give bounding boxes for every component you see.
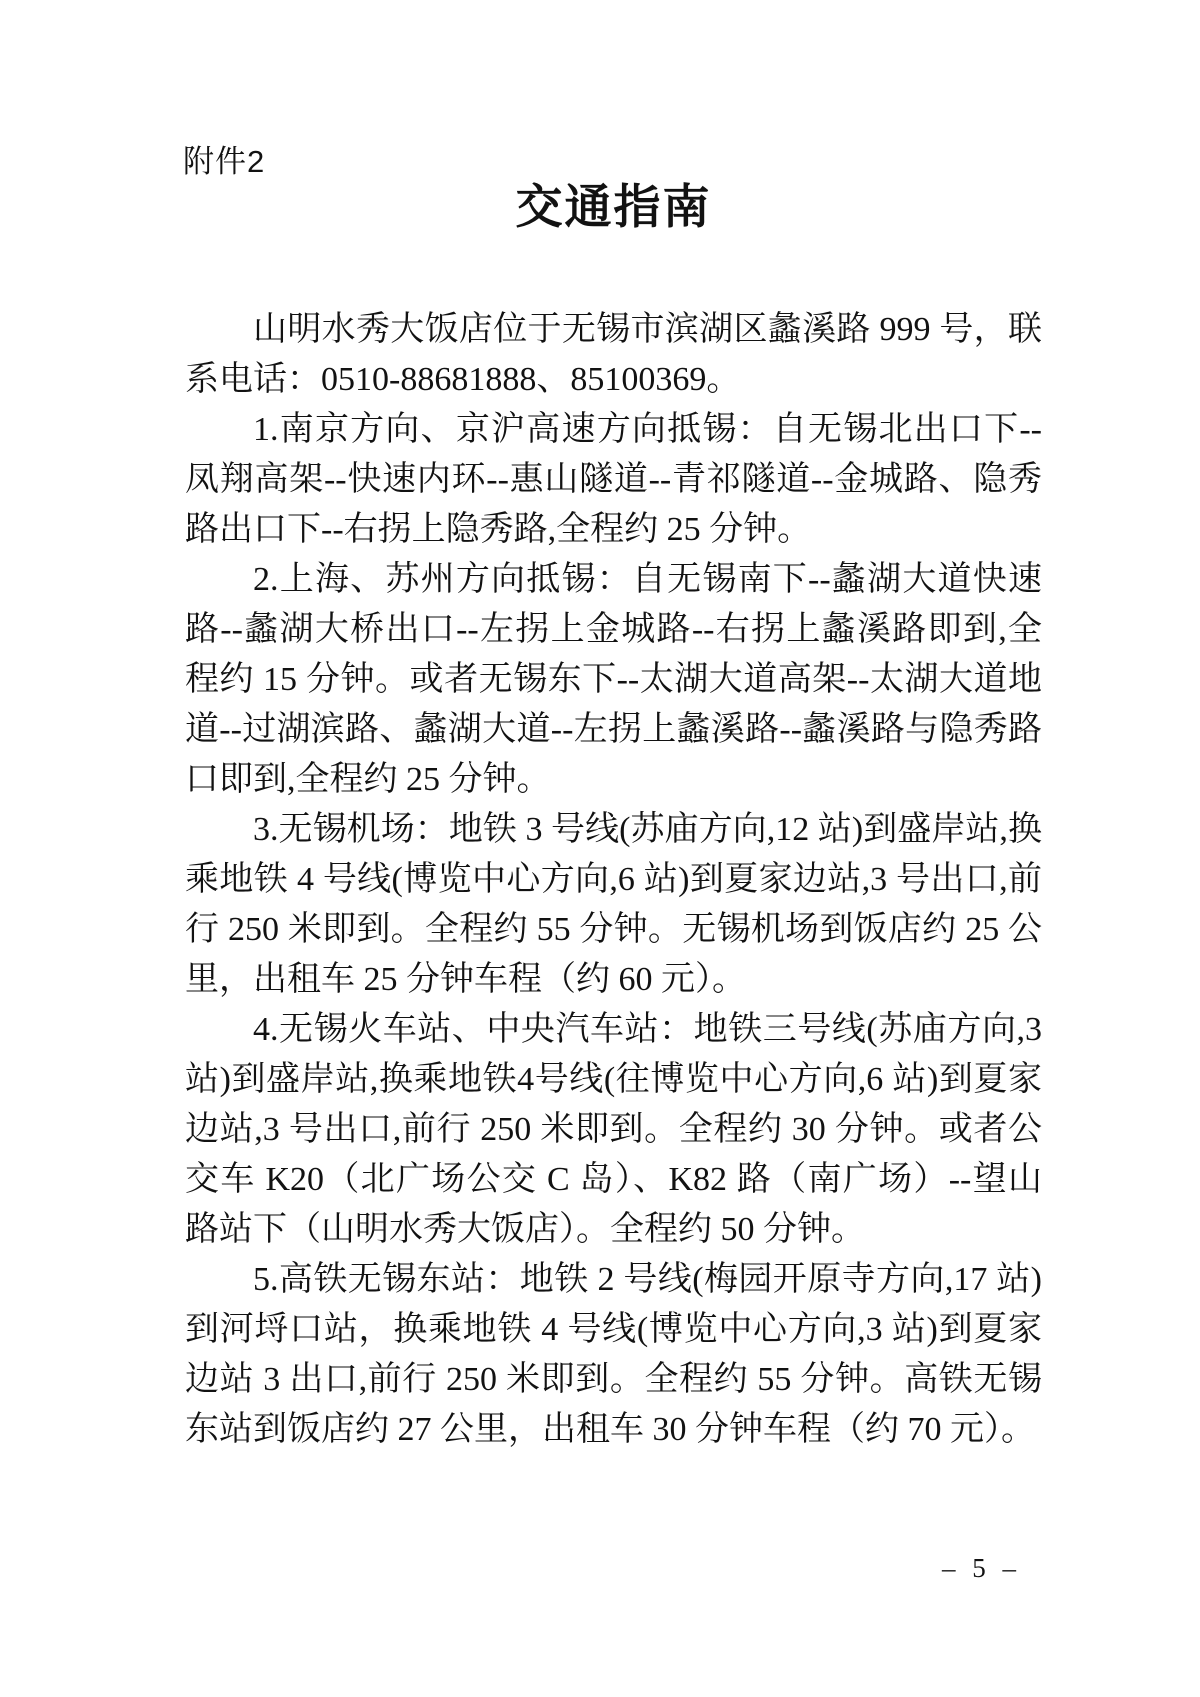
document-page: 附件2 交通指南 山明水秀大饭店位于无锡市滨湖区蠡溪路 999 号，联系电话：0… (0, 0, 1200, 1697)
document-body: 山明水秀大饭店位于无锡市滨湖区蠡溪路 999 号，联系电话：0510-88681… (185, 305, 1042, 1455)
paragraph: 山明水秀大饭店位于无锡市滨湖区蠡溪路 999 号，联系电话：0510-88681… (185, 305, 1042, 405)
paragraph: 5.高铁无锡东站：地铁 2 号线(梅园开原寺方向,17 站)到河埒口站，换乘地铁… (185, 1255, 1042, 1455)
attachment-label: 附件2 (183, 144, 265, 180)
paragraph: 1.南京方向、京沪高速方向抵锡：自无锡北出口下--凤翔高架--快速内环--惠山隧… (185, 405, 1042, 555)
page-number: – 5 – (942, 1552, 1021, 1584)
paragraph: 2.上海、苏州方向抵锡：自无锡南下--蠡湖大道快速路--蠡湖大桥出口--左拐上金… (185, 555, 1042, 805)
document-title: 交通指南 (185, 181, 1042, 235)
paragraph: 3.无锡机场：地铁 3 号线(苏庙方向,12 站)到盛岸站,换乘地铁 4 号线(… (185, 805, 1042, 1005)
paragraph: 4.无锡火车站、中央汽车站：地铁三号线(苏庙方向,3 站)到盛岸站,换乘地铁4号… (185, 1005, 1042, 1255)
